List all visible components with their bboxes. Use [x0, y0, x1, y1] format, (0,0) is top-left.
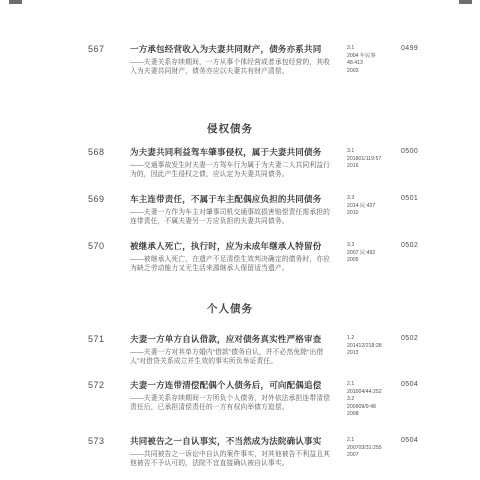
entry-title: 一方承包经营收入为夫妻共同财产，债务亦系共同 — [130, 44, 332, 55]
entry-title: 车主连带责任，不属于车主配偶应负担的共同债务 — [130, 194, 332, 205]
entry-citation: 3.3 2014 民:437 2010 — [347, 195, 399, 218]
citation-line: 200909/9:48 — [347, 404, 399, 412]
entry-title: 夫妻一方连带清偿配偶个人债务后，可向配偶追偿 — [130, 380, 332, 391]
citation-line: 48:413 — [347, 60, 399, 68]
citation-line: 2016 — [347, 163, 399, 171]
entry-code: 0502 — [401, 335, 433, 342]
citation-line: 201004/44:252 — [347, 389, 399, 397]
citation-line: 201801/119:57 — [347, 156, 399, 164]
entry-number: 571 — [88, 334, 124, 344]
entry-title: 共同被告之一自认事实，不当然成为法院确认事实 — [130, 436, 332, 447]
entry-annotation: ——被继承人死亡，在遗产不足清偿生效判决确定的债务时，亦应为缺乏劳动能力又无生活… — [130, 255, 332, 273]
entry-citation: 2.1 201004/44:252 3.2 200909/9:48 2008 — [347, 381, 399, 419]
entry-code: 0502 — [401, 242, 433, 249]
entry-title: 夫妻一方单方自认借款，应对债务真实性严格审查 — [130, 334, 332, 345]
entry-citation: 3.3 2007 民:492 2005 — [347, 242, 399, 265]
section-heading: 侵权债务 — [130, 121, 330, 136]
entry-code: 0499 — [401, 45, 433, 52]
entry-annotation: ——共同被告之一诉讼中自认的案件事实，对其他被告不利益且其他被告不予认可的，法院… — [130, 450, 332, 468]
entry-annotation: ——交通事故发生时夫妻一方驾车行为属于为夫妻二人共同利益行为的，因此产生侵权之债… — [130, 161, 332, 179]
page-corner-mark-left — [9, 0, 22, 4]
entry-title: 被继承人死亡，执行时，应为未成年继承人特留份 — [130, 241, 332, 252]
citation-line: 200703/31:255 — [347, 445, 399, 453]
citation-line: 201412/218:28 — [347, 343, 399, 351]
citation-line: 3.1 — [347, 148, 399, 156]
entry-title: 为夫妻共同利益驾车肇事侵权，属于夫妻共同债务 — [130, 147, 332, 158]
entry-number: 570 — [88, 241, 124, 251]
citation-line: 2.1 — [347, 437, 399, 445]
page-corner-mark-right — [459, 0, 472, 4]
entry-annotation: ——夫妻一方对其单方婚内“借款”债务自认，并不必然免除“出借人”对借贷关系成立并… — [130, 348, 332, 366]
entry-number: 568 — [88, 147, 124, 157]
citation-line: 2007 民:492 — [347, 250, 399, 258]
entry-code: 0501 — [401, 195, 433, 202]
citation-line: 2.1 — [347, 381, 399, 389]
citation-line: 2014 民:437 — [347, 203, 399, 211]
citation-line: 2004 年民事 — [347, 53, 399, 61]
entry-number: 572 — [88, 380, 124, 390]
entry-number: 573 — [88, 436, 124, 446]
entry-code: 0504 — [401, 381, 433, 388]
citation-line: 1.2 — [347, 335, 399, 343]
citation-line: 2013 — [347, 350, 399, 358]
entry-citation: 2.1 200703/31:255 2007 — [347, 437, 399, 460]
entry-citation: 3.1 201801/119:57 2016 — [347, 148, 399, 171]
section-heading: 个人债务 — [130, 301, 330, 316]
entry-code: 0504 — [401, 437, 433, 444]
entry-annotation: ——夫妻一方作为车主对肇事司机交通事故损害赔偿责任需承担的连带责任，不属夫妻另一… — [130, 208, 332, 226]
entry-code: 0500 — [401, 148, 433, 155]
citation-line: 2008 — [347, 411, 399, 419]
citation-line: 3.3 — [347, 242, 399, 250]
citation-line: 2007 — [347, 452, 399, 460]
entry-citation: 3.1 2004 年民事 48:413 2003 — [347, 45, 399, 75]
citation-line: 2005 — [347, 257, 399, 265]
entry-annotation: ——夫妻关系存续期间一方所负个人债务，对外依法承担连带清偿责任后，已承担清偿责任… — [130, 394, 332, 412]
entry-citation: 1.2 201412/218:28 2013 — [347, 335, 399, 358]
entry-number: 567 — [88, 44, 124, 54]
citation-line: 2003 — [347, 68, 399, 76]
citation-line: 3.1 — [347, 45, 399, 53]
document-page: 567 一方承包经营收入为夫妻共同财产，债务亦系共同 ——夫妻关系存续期间，一方… — [0, 0, 480, 480]
citation-line: 3.2 — [347, 396, 399, 404]
entry-annotation: ——夫妻关系存续期间，一方从事个体经营或者承包经营的，其收入为夫妻共同财产，债务… — [130, 58, 332, 76]
citation-line: 2010 — [347, 210, 399, 218]
citation-line: 3.3 — [347, 195, 399, 203]
entry-number: 569 — [88, 194, 124, 204]
